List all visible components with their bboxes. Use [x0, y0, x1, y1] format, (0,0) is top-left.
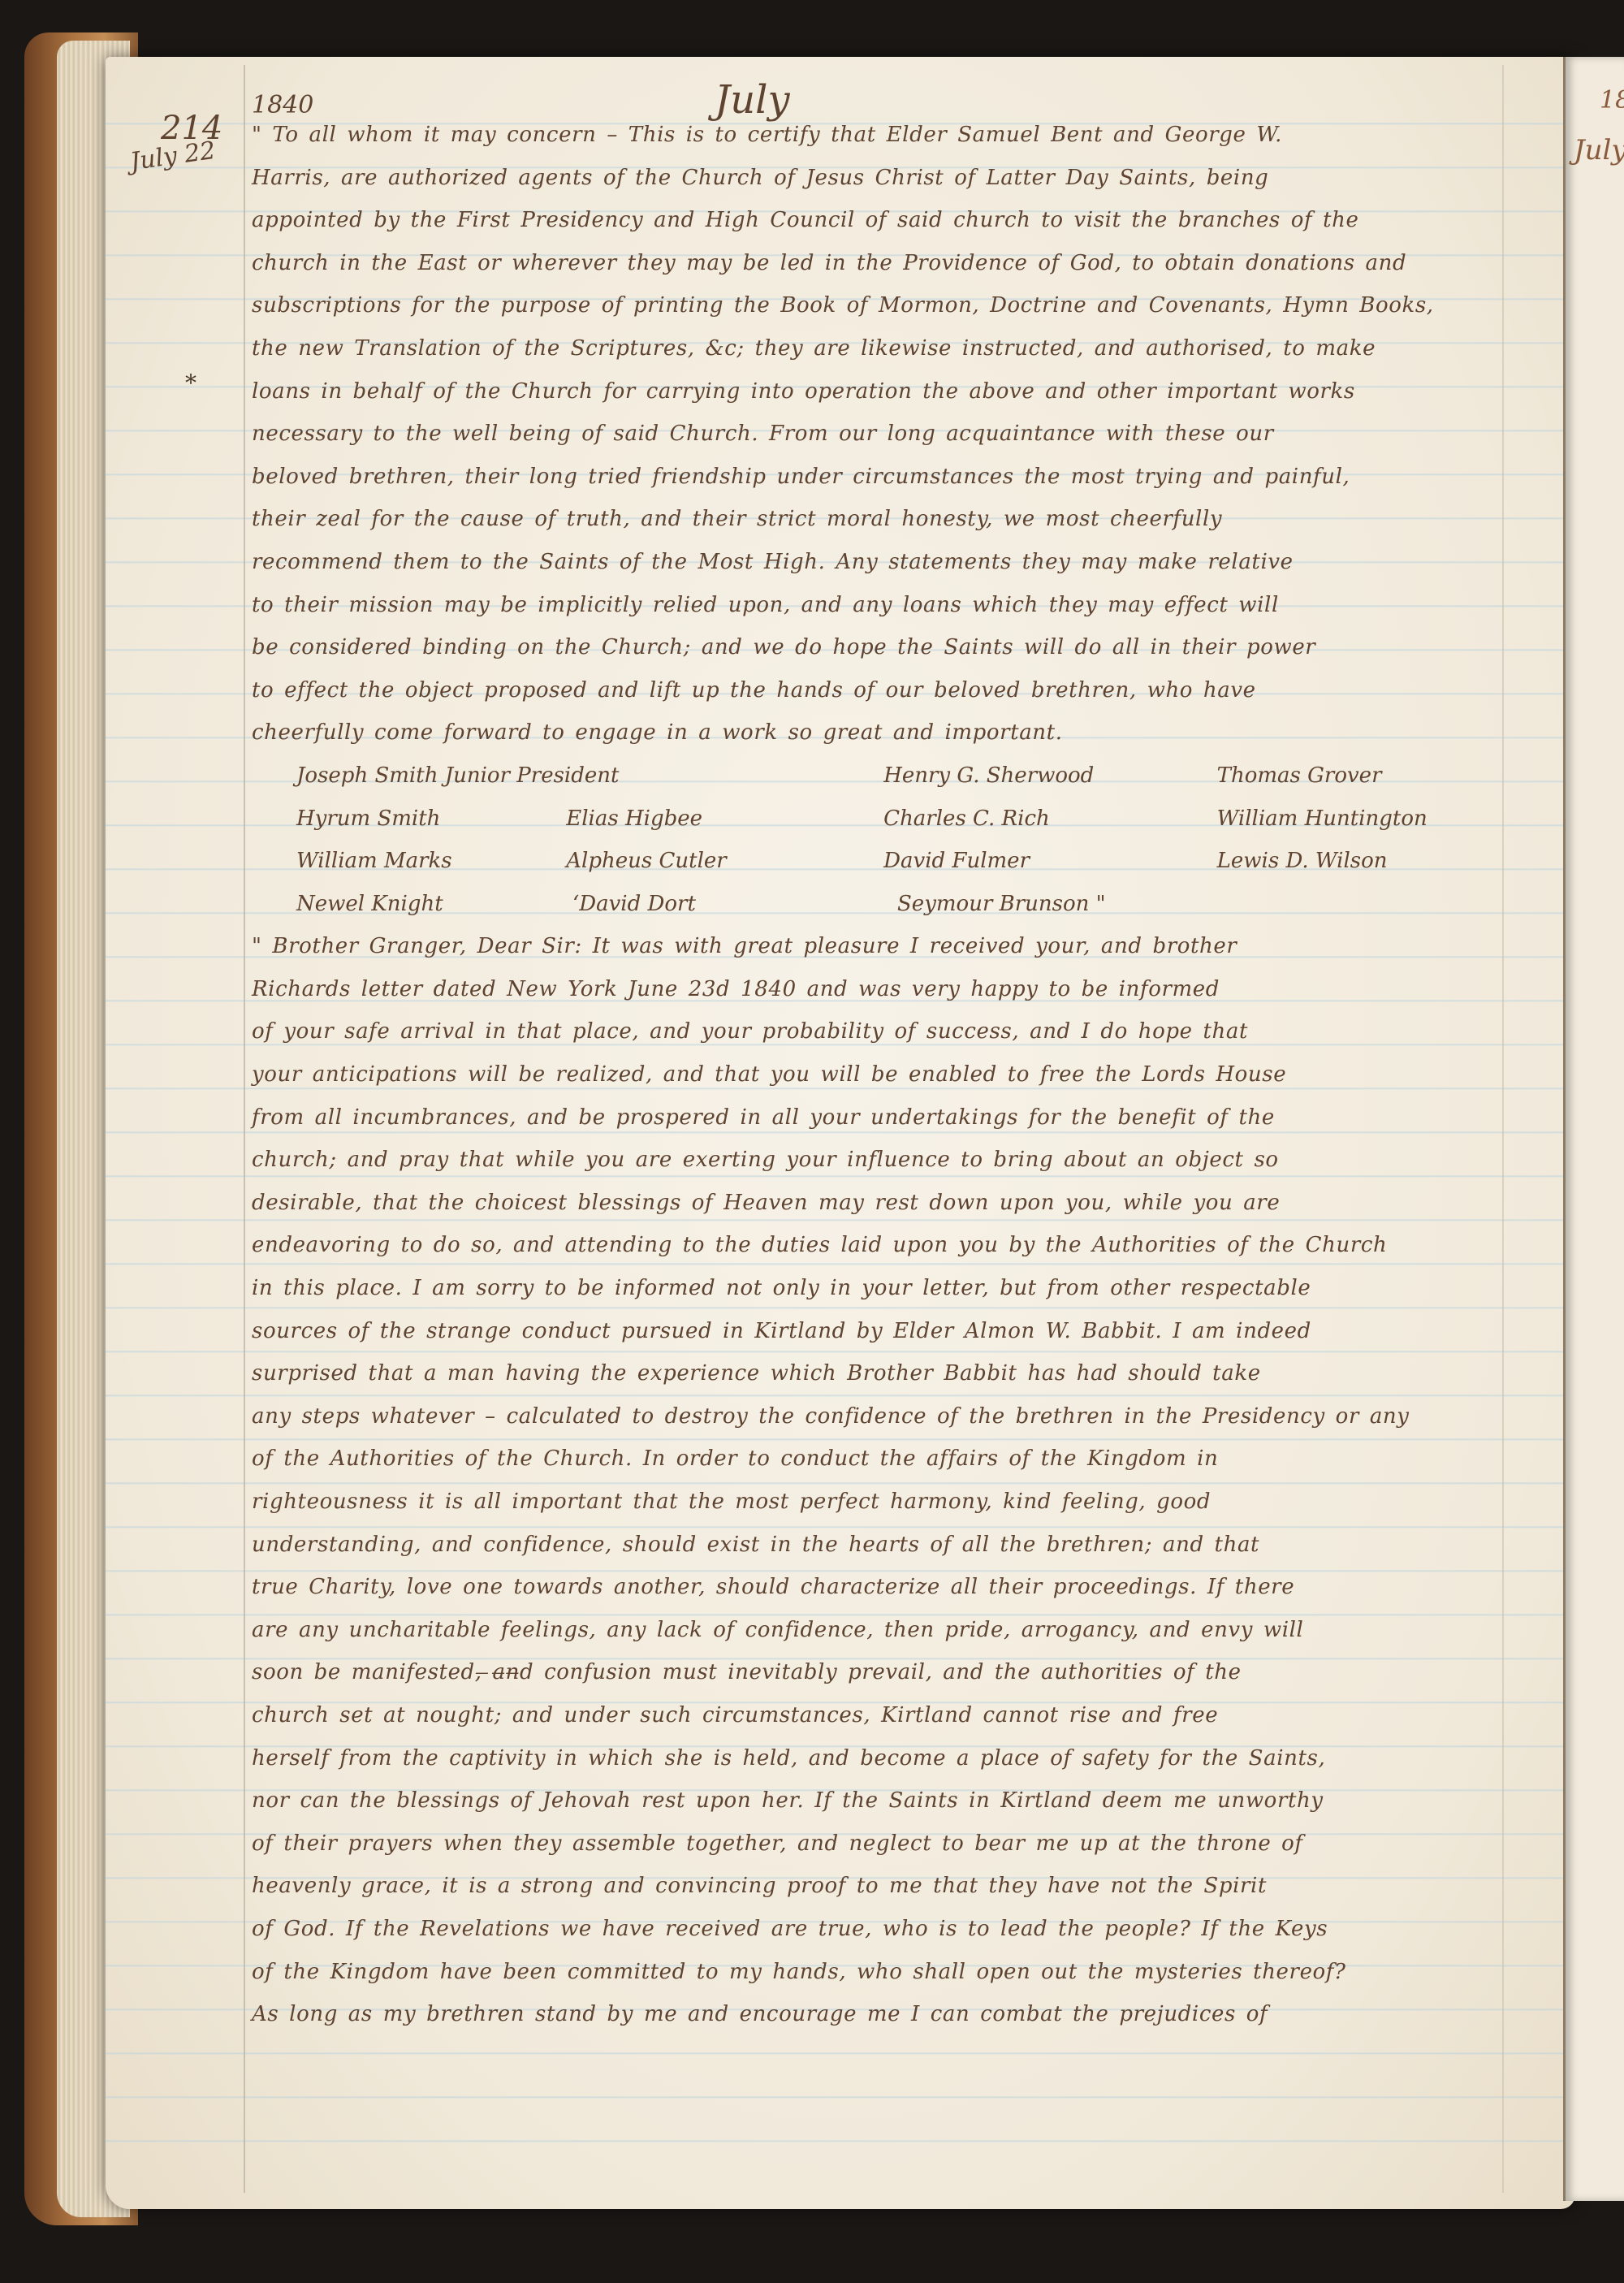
certificate-line: the new Translation of the Scriptures, &… — [252, 327, 1518, 370]
letter-line: of the Kingdom have been committed to my… — [252, 1951, 1518, 1994]
certificate-line: Harris, are authorized agents of the Chu… — [252, 157, 1518, 200]
signatory: Lewis D. Wilson — [1217, 840, 1518, 883]
facing-page: 18 July — [1563, 57, 1624, 2201]
letter-line: of the Authorities of the Church. In ord… — [252, 1438, 1518, 1481]
letter-line: your anticipations will be realized, and… — [252, 1053, 1518, 1096]
signatory: Elias Higbee — [566, 798, 883, 841]
letter-line: of their prayers when they assemble toge… — [252, 1823, 1518, 1866]
certificate-line: necessary to the well being of said Chur… — [252, 413, 1518, 456]
signatory: William Huntington — [1217, 798, 1518, 841]
signatory: Charles C. Rich — [883, 798, 1216, 841]
certificate-line: be considered binding on the Church; and… — [252, 626, 1518, 669]
certificate-line: " To all whom it may concern – This is t… — [252, 114, 1518, 157]
signatory: Seymour Brunson " — [897, 883, 1238, 926]
certificate-line: loans in behalf of the Church for carryi… — [252, 370, 1518, 413]
certificate-line: church in the East or wherever they may … — [252, 242, 1518, 285]
letter-line: sources of the strange conduct pursued i… — [252, 1310, 1518, 1353]
letter-line: As long as my brethren stand by me and e… — [252, 1993, 1518, 2036]
letter-line: nor can the blessings of Jehovah rest up… — [252, 1779, 1518, 1823]
letter-line: in this place. I am sorry to be informed… — [252, 1267, 1518, 1310]
letter-line: of God. If the Revelations we have recei… — [252, 1908, 1518, 1951]
signatory: William Marks — [296, 840, 566, 883]
left-margin-rule — [244, 65, 245, 2193]
signatory: ‘David Dort — [572, 883, 897, 926]
letter-line: of your safe arrival in that place, and … — [252, 1010, 1518, 1053]
manuscript-body: " To all whom it may concern – This is t… — [252, 114, 1518, 2036]
letter-line: Richards letter dated New York June 23d … — [252, 968, 1518, 1011]
facing-page-year: 18 — [1600, 86, 1624, 115]
certificate-line: cheerfully come forward to engage in a w… — [252, 711, 1518, 755]
signatories-row: Newel Knight ‘David Dort Seymour Brunson… — [252, 883, 1518, 926]
letter-line: desirable, that the choicest blessings o… — [252, 1182, 1518, 1225]
signatory: Alpheus Cutler — [566, 840, 883, 883]
letter-line: are any uncharitable feelings, any lack … — [252, 1609, 1518, 1652]
certificate-line: appointed by the First Presidency and Hi… — [252, 199, 1518, 242]
letter-line: endeavoring to do so, and attending to t… — [252, 1224, 1518, 1267]
signatory: David Fulmer — [883, 840, 1216, 883]
letter-line: " Brother Granger, Dear Sir: It was with… — [252, 925, 1518, 968]
letter-line: any steps whatever – calculated to destr… — [252, 1395, 1518, 1438]
signatory: Joseph Smith Junior President — [296, 755, 883, 798]
certificate-line: subscriptions for the purpose of printin… — [252, 284, 1518, 327]
letter-line: herself from the captivity in which she … — [252, 1737, 1518, 1780]
certificate-line: beloved brethren, their long tried frien… — [252, 456, 1518, 499]
certificate-line: their zeal for the cause of truth, and t… — [252, 498, 1518, 541]
signatories-row: William Marks Alpheus Cutler David Fulme… — [252, 840, 1518, 883]
letter-line: understanding, and confidence, should ex… — [252, 1524, 1518, 1567]
signatories-row: Hyrum Smith Elias Higbee Charles C. Rich… — [252, 798, 1518, 841]
letter-line: heavenly grace, it is a strong and convi… — [252, 1865, 1518, 1908]
signatory: Newel Knight — [296, 883, 572, 926]
signatory: Thomas Grover — [1217, 755, 1518, 798]
letter-line: from all incumbrances, and be prospered … — [252, 1096, 1518, 1139]
letter-line: surprised that a man having the experien… — [252, 1352, 1518, 1395]
signatory: Hyrum Smith — [296, 798, 566, 841]
letter-line: church; and pray that while you are exer… — [252, 1139, 1518, 1182]
letter-line: true Charity, love one towards another, … — [252, 1566, 1518, 1609]
certificate-line: to effect the object proposed and lift u… — [252, 669, 1518, 712]
facing-page-month: July — [1574, 134, 1624, 166]
signatories-row: Joseph Smith Junior President Henry G. S… — [252, 755, 1518, 798]
margin-asterisk-mark: * — [185, 370, 197, 396]
certificate-line: recommend them to the Saints of the Most… — [252, 541, 1518, 584]
letter-line: church set at nought; and under such cir… — [252, 1694, 1518, 1737]
letter-line: righteousness it is all important that t… — [252, 1481, 1518, 1524]
signatory: Henry G. Sherwood — [883, 755, 1216, 798]
letter-line: soon be manifested, ̶a̶n̶d confusion mus… — [252, 1651, 1518, 1694]
certificate-line: to their mission may be implicitly relie… — [252, 584, 1518, 627]
